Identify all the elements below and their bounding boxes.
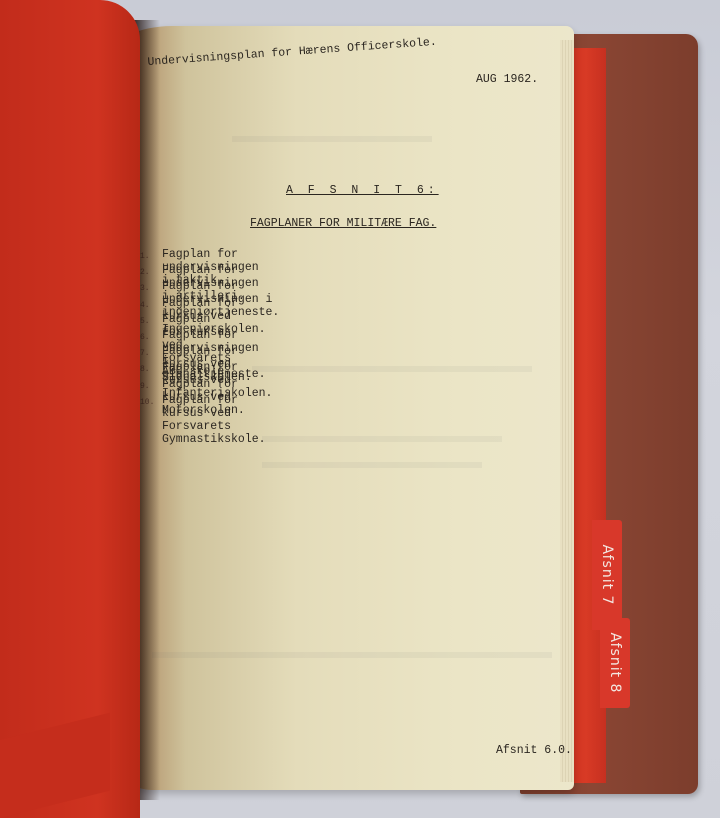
page-footer-label: Afsnit 6.0. xyxy=(496,744,572,757)
item-text: Fagplan for kursus ved Forsvarets Gymnas… xyxy=(162,394,266,446)
bleed-through-text xyxy=(262,436,502,442)
tab-afsnit-8[interactable]: Afsnit 8 xyxy=(600,618,630,708)
bleed-through-text xyxy=(152,652,552,658)
tab-label: Afsnit 8 xyxy=(607,633,623,694)
bleed-through-text xyxy=(262,462,482,468)
bleed-through-text xyxy=(252,366,532,372)
bleed-through-text xyxy=(232,136,432,142)
tab-label: Afsnit 7 xyxy=(599,545,615,606)
photo-scene: Afsnit 7 Afsnit 8 Undervisningsplan for … xyxy=(0,0,720,818)
section-subtitle: FAGPLANER FOR MILITÆRE FAG. xyxy=(250,217,436,230)
section-title: A F S N I T 6: xyxy=(286,184,439,197)
red-front-cover xyxy=(0,0,140,818)
tab-afsnit-7[interactable]: Afsnit 7 xyxy=(592,520,622,630)
page-stack-edges xyxy=(560,40,574,782)
document-date: AUG 1962. xyxy=(476,73,538,86)
